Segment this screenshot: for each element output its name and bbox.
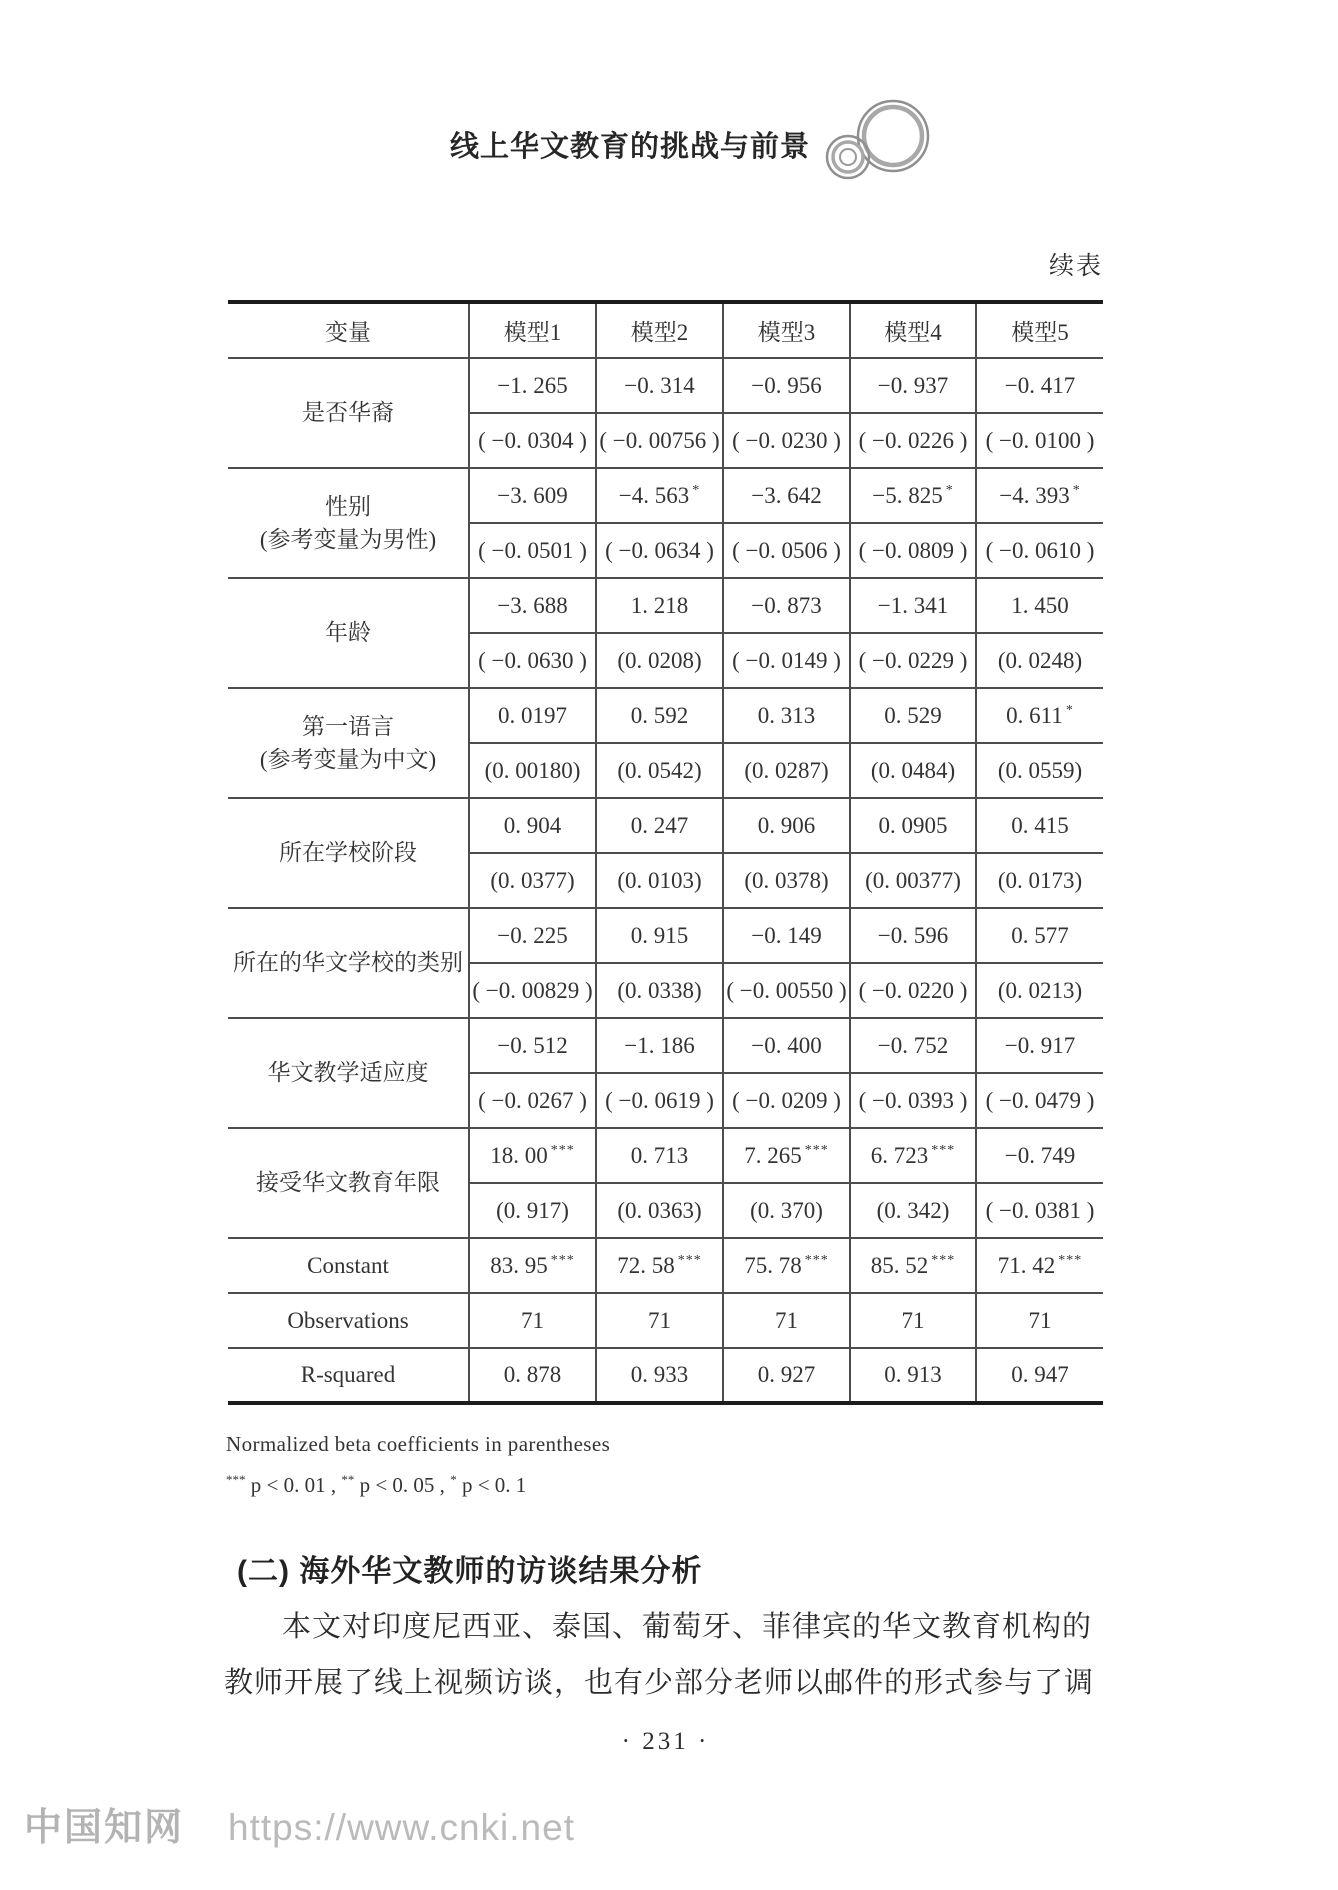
beta-cell: ( −0. 00550 )	[723, 963, 850, 1018]
beta-cell: ( −0. 0393 )	[850, 1073, 976, 1128]
significance-stars: ***	[805, 1143, 829, 1158]
coefficient-cell: −1. 186	[596, 1018, 723, 1073]
table-row: 年龄−3. 6881. 218−0. 873−1. 3411. 450	[228, 578, 1103, 633]
summary-label-cell: R-squared	[228, 1348, 469, 1403]
beta-cell: (0. 0363)	[596, 1183, 723, 1238]
column-header: 模型3	[723, 302, 850, 358]
variable-sublabel: (参考变量为中文)	[230, 743, 466, 776]
beta-cell: (0. 342)	[850, 1183, 976, 1238]
coefficient-cell: −0. 400	[723, 1018, 850, 1073]
running-head: 线上华文教育的挑战与前景	[0, 92, 932, 196]
paragraph-line: 教师开展了线上视频访谈，也有少部分老师以邮件的形式参与了调	[224, 1660, 1094, 1701]
beta-cell: (0. 0338)	[596, 963, 723, 1018]
coefficient-cell: −0. 956	[723, 358, 850, 413]
column-header: 模型1	[469, 302, 596, 358]
beta-cell: ( −0. 00756 )	[596, 413, 723, 468]
coefficient-cell: 0. 415	[976, 798, 1103, 853]
page-header-title: 线上华文教育的挑战与前景	[450, 124, 810, 165]
variable-label: 是否华裔	[230, 396, 466, 429]
coefficient-cell: 0. 713	[596, 1128, 723, 1183]
cell-value: 0. 611	[1006, 703, 1063, 728]
significance-stars: ***	[551, 1143, 575, 1158]
beta-cell: ( −0. 0229 )	[850, 633, 976, 688]
variable-label-cell: 年龄	[228, 578, 469, 688]
cell-value: 85. 52	[871, 1253, 929, 1278]
coefficient-cell: 0. 247	[596, 798, 723, 853]
coefficient-cell: −1. 341	[850, 578, 976, 633]
summary-value-cell: 85. 52***	[850, 1238, 976, 1293]
coefficient-cell: −0. 596	[850, 908, 976, 963]
table-wrap: 变量模型1模型2模型3模型4模型5 是否华裔−1. 265−0. 314−0. …	[228, 300, 1103, 1405]
table-note-significance: *** p < 0. 01 , ** p < 0. 05 , * p < 0. …	[226, 1472, 526, 1498]
significance-stars: ***	[551, 1253, 575, 1268]
beta-cell: ( −0. 0610 )	[976, 523, 1103, 578]
variable-label-cell: 是否华裔	[228, 358, 469, 468]
beta-cell: ( −0. 0267 )	[469, 1073, 596, 1128]
coefficient-cell: 0. 904	[469, 798, 596, 853]
variable-label: 所在的华文学校的类别	[230, 946, 466, 979]
beta-cell: (0. 370)	[723, 1183, 850, 1238]
coefficient-cell: −0. 314	[596, 358, 723, 413]
beta-cell: ( −0. 0619 )	[596, 1073, 723, 1128]
table-header: 变量模型1模型2模型3模型4模型5	[228, 302, 1103, 358]
variable-label-cell: 所在学校阶段	[228, 798, 469, 908]
coefficient-cell: 0. 906	[723, 798, 850, 853]
coefficient-cell: −0. 917	[976, 1018, 1103, 1073]
beta-cell: (0. 00180)	[469, 743, 596, 798]
beta-cell: ( −0. 0501 )	[469, 523, 596, 578]
significance-stars: ***	[805, 1253, 829, 1268]
coefficient-cell: 0. 577	[976, 908, 1103, 963]
beta-cell: ( −0. 0230 )	[723, 413, 850, 468]
table-row: 接受华文教育年限18. 00***0. 7137. 265***6. 723**…	[228, 1128, 1103, 1183]
significance-stars: ***	[931, 1253, 955, 1268]
coefficient-cell: −0. 225	[469, 908, 596, 963]
summary-value-cell: 0. 933	[596, 1348, 723, 1403]
beta-cell: ( −0. 0634 )	[596, 523, 723, 578]
coefficient-cell: 0. 529	[850, 688, 976, 743]
table-note-coefficients: Normalized beta coefficients in parenthe…	[226, 1432, 610, 1457]
scanned-page: 线上华文教育的挑战与前景 续表 变量模型1模型2模型3模型4模型5 是否华裔−1…	[0, 0, 1338, 1890]
column-header: 变量	[228, 302, 469, 358]
summary-value-cell: 71	[723, 1293, 850, 1348]
variable-label: 年龄	[230, 616, 466, 649]
coefficient-cell: −0. 512	[469, 1018, 596, 1073]
variable-label: 性别	[230, 490, 466, 523]
coefficient-cell: −0. 417	[976, 358, 1103, 413]
beta-cell: (0. 0377)	[469, 853, 596, 908]
table-row: 是否华裔−1. 265−0. 314−0. 956−0. 937−0. 417	[228, 358, 1103, 413]
coefficient-cell: −0. 149	[723, 908, 850, 963]
beta-cell: (0. 0208)	[596, 633, 723, 688]
significance-stars: *	[692, 483, 700, 498]
summary-value-cell: 71	[976, 1293, 1103, 1348]
concentric-circles-icon	[824, 91, 932, 198]
summary-value-cell: 71. 42***	[976, 1238, 1103, 1293]
section-heading: (二) 海外华文教师的访谈结果分析	[237, 1546, 702, 1590]
beta-cell: ( −0. 0209 )	[723, 1073, 850, 1128]
significance-stars: ***	[931, 1143, 955, 1158]
beta-cell: ( −0. 0630 )	[469, 633, 596, 688]
table-row: Constant83. 95***72. 58***75. 78***85. 5…	[228, 1238, 1103, 1293]
coefficient-cell: −4. 563*	[596, 468, 723, 523]
variable-label-cell: 第一语言(参考变量为中文)	[228, 688, 469, 798]
cell-value: −4. 393	[999, 483, 1069, 508]
continued-table-label: 续表	[228, 246, 1103, 282]
cell-value: 18. 00	[490, 1143, 548, 1168]
coefficient-cell: 0. 0197	[469, 688, 596, 743]
beta-cell: ( −0. 0226 )	[850, 413, 976, 468]
beta-cell: ( −0. 0220 )	[850, 963, 976, 1018]
coefficient-cell: −5. 825*	[850, 468, 976, 523]
beta-cell: ( −0. 0100 )	[976, 413, 1103, 468]
significance-stars: *	[1066, 703, 1074, 718]
coefficient-cell: 18. 00***	[469, 1128, 596, 1183]
variable-label-cell: 性别(参考变量为男性)	[228, 468, 469, 578]
coefficient-cell: −3. 642	[723, 468, 850, 523]
variable-label: 所在学校阶段	[230, 836, 466, 869]
cell-value: −5. 825	[872, 483, 942, 508]
beta-cell: (0. 0213)	[976, 963, 1103, 1018]
cell-value: −4. 563	[619, 483, 689, 508]
paragraph-line: 本文对印度尼西亚、泰国、葡萄牙、菲律宾的华文教育机构的	[282, 1604, 1092, 1645]
summary-value-cell: 71	[596, 1293, 723, 1348]
coefficient-cell: 7. 265***	[723, 1128, 850, 1183]
beta-cell: (0. 0484)	[850, 743, 976, 798]
summary-label-cell: Observations	[228, 1293, 469, 1348]
coefficient-cell: −4. 393*	[976, 468, 1103, 523]
column-header: 模型2	[596, 302, 723, 358]
variable-label-cell: 接受华文教育年限	[228, 1128, 469, 1238]
coefficient-cell: −3. 609	[469, 468, 596, 523]
beta-cell: ( −0. 0304 )	[469, 413, 596, 468]
coefficient-cell: −0. 749	[976, 1128, 1103, 1183]
beta-cell: (0. 0287)	[723, 743, 850, 798]
cnki-brand-watermark: 中国知网	[24, 1796, 184, 1851]
beta-cell: (0. 0378)	[723, 853, 850, 908]
watermark-footer: 中国知网 https://www.cnki.net	[24, 1796, 575, 1851]
table-body: 是否华裔−1. 265−0. 314−0. 956−0. 937−0. 417(…	[228, 358, 1103, 1403]
significance-stars: ***	[678, 1253, 702, 1268]
coefficient-cell: −0. 937	[850, 358, 976, 413]
page-number: · 231 ·	[228, 1728, 1103, 1756]
beta-cell: (0. 00377)	[850, 853, 976, 908]
coefficient-cell: 1. 218	[596, 578, 723, 633]
variable-label-cell: 所在的华文学校的类别	[228, 908, 469, 1018]
variable-label: 华文教学适应度	[230, 1056, 466, 1089]
coefficient-cell: 0. 0905	[850, 798, 976, 853]
variable-sublabel: (参考变量为男性)	[230, 523, 466, 556]
beta-cell: ( −0. 0381 )	[976, 1183, 1103, 1238]
column-header: 模型4	[850, 302, 976, 358]
beta-cell: ( −0. 0479 )	[976, 1073, 1103, 1128]
variable-label: 第一语言	[230, 710, 466, 743]
coefficient-cell: 0. 313	[723, 688, 850, 743]
significance-stars: *	[946, 483, 954, 498]
column-header: 模型5	[976, 302, 1103, 358]
summary-value-cell: 71	[850, 1293, 976, 1348]
table-row: R-squared0. 8780. 9330. 9270. 9130. 947	[228, 1348, 1103, 1403]
summary-label-cell: Constant	[228, 1238, 469, 1293]
variable-label: 接受华文教育年限	[230, 1166, 466, 1199]
beta-cell: (0. 0103)	[596, 853, 723, 908]
summary-value-cell: 0. 913	[850, 1348, 976, 1403]
coefficient-cell: 0. 915	[596, 908, 723, 963]
summary-value-cell: 72. 58***	[596, 1238, 723, 1293]
table-row: 性别(参考变量为男性)−3. 609−4. 563*−3. 642−5. 825…	[228, 468, 1103, 523]
significance-stars: **	[341, 1472, 354, 1487]
coefficient-cell: 0. 592	[596, 688, 723, 743]
cell-value: 7. 265	[744, 1143, 802, 1168]
table-row: Observations7171717171	[228, 1293, 1103, 1348]
cell-value: 83. 95	[490, 1253, 548, 1278]
coefficient-cell: −1. 265	[469, 358, 596, 413]
summary-value-cell: 83. 95***	[469, 1238, 596, 1293]
summary-value-cell: 0. 947	[976, 1348, 1103, 1403]
coefficient-cell: −3. 688	[469, 578, 596, 633]
coefficient-cell: 1. 450	[976, 578, 1103, 633]
cell-value: 75. 78	[744, 1253, 802, 1278]
coefficient-cell: 6. 723***	[850, 1128, 976, 1183]
significance-stars: *	[450, 1472, 457, 1487]
beta-cell: (0. 0559)	[976, 743, 1103, 798]
beta-cell: (0. 0248)	[976, 633, 1103, 688]
table-row: 所在的华文学校的类别−0. 2250. 915−0. 149−0. 5960. …	[228, 908, 1103, 963]
summary-value-cell: 0. 878	[469, 1348, 596, 1403]
significance-stars: ***	[1058, 1253, 1082, 1268]
coefficient-cell: 0. 611*	[976, 688, 1103, 743]
beta-cell: ( −0. 0149 )	[723, 633, 850, 688]
cnki-url-watermark: https://www.cnki.net	[228, 1807, 575, 1849]
beta-cell: (0. 917)	[469, 1183, 596, 1238]
cell-value: 71. 42	[998, 1253, 1056, 1278]
beta-cell: (0. 0542)	[596, 743, 723, 798]
table-row: 华文教学适应度−0. 512−1. 186−0. 400−0. 752−0. 9…	[228, 1018, 1103, 1073]
beta-cell: (0. 0173)	[976, 853, 1103, 908]
beta-cell: ( −0. 0809 )	[850, 523, 976, 578]
significance-stars: ***	[226, 1472, 246, 1487]
cell-value: 6. 723	[871, 1143, 929, 1168]
header-row: 变量模型1模型2模型3模型4模型5	[228, 302, 1103, 358]
significance-stars: *	[1073, 483, 1081, 498]
table-row: 所在学校阶段0. 9040. 2470. 9060. 09050. 415	[228, 798, 1103, 853]
summary-value-cell: 75. 78***	[723, 1238, 850, 1293]
variable-label-cell: 华文教学适应度	[228, 1018, 469, 1128]
table-row: 第一语言(参考变量为中文)0. 01970. 5920. 3130. 5290.…	[228, 688, 1103, 743]
coefficient-cell: −0. 752	[850, 1018, 976, 1073]
coefficient-cell: −0. 873	[723, 578, 850, 633]
summary-value-cell: 0. 927	[723, 1348, 850, 1403]
beta-cell: ( −0. 0506 )	[723, 523, 850, 578]
beta-cell: ( −0. 00829 )	[469, 963, 596, 1018]
cell-value: 72. 58	[617, 1253, 675, 1278]
summary-value-cell: 71	[469, 1293, 596, 1348]
regression-table: 变量模型1模型2模型3模型4模型5 是否华裔−1. 265−0. 314−0. …	[228, 300, 1103, 1405]
